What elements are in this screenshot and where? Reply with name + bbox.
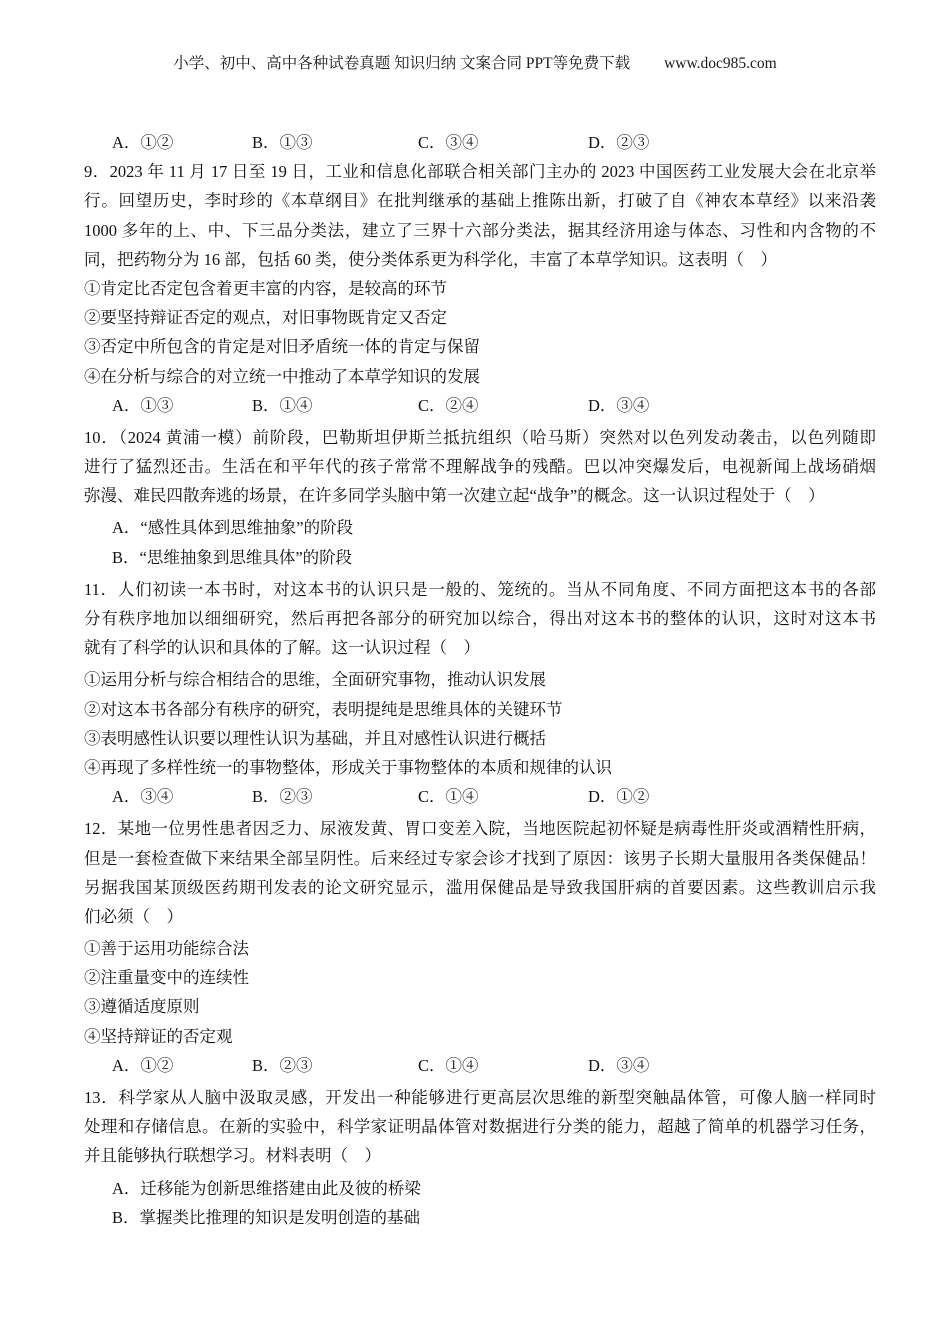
numbered-statement: ④再现了多样性统一的事物整体，形成关于事物整体的本质和规律的认识 <box>84 753 876 782</box>
question-text-line: 11．人们初读一本书时，对这本书的认识只是一般的、笼统的。当从不同角度、不同方面… <box>84 575 876 604</box>
question-text-line: 们必须（ ） <box>84 902 876 931</box>
answer-choices-row: A．③④B．②③C．①④D．①② <box>84 782 876 811</box>
question-text-line: 进行了猛烈还击。生活在和平年代的孩子常常不理解战争的残酷。巴以冲突爆发后，电视新… <box>84 452 876 481</box>
lettered-choice: A．“感性具体到思维抽象”的阶段 <box>84 513 876 542</box>
option-d: D．①② <box>588 782 649 811</box>
option-b: B．②③ <box>252 782 313 811</box>
question-text-line: 12．某地一位男性患者因乏力、尿液发黄、胃口变差入院，当地医院起初怀疑是病毒性肝… <box>84 814 876 843</box>
numbered-statement: ①善于运用功能综合法 <box>84 934 876 963</box>
question-text-line: 并且能够执行联想学习。材料表明（ ） <box>84 1141 876 1170</box>
question-text-line: 9．2023 年 11 月 17 日至 19 日，工业和信息化部联合相关部门主办… <box>84 157 876 186</box>
option-c: C．③④ <box>418 128 479 157</box>
option-c: C．①④ <box>418 782 479 811</box>
numbered-statement: ④在分析与综合的对立统一中推动了本草学知识的发展 <box>84 362 876 391</box>
numbered-statement: ①运用分析与综合相结合的思维，全面研究事物，推动认识发展 <box>84 665 876 694</box>
option-b: B．①④ <box>252 391 313 420</box>
option-c: C．②④ <box>418 391 479 420</box>
option-a: A．①② <box>112 128 173 157</box>
exam-page: { "header": { "tagline": "小学、初中、高中各种试卷真题… <box>0 0 950 1344</box>
question-text-line: 就有了科学的认识和具体的了解。这一认识过程（ ） <box>84 633 876 662</box>
numbered-statement: ③表明感性认识要以理性认识为基础，并且对感性认识进行概括 <box>84 724 876 753</box>
lettered-choice: B．掌握类比推理的知识是发明创造的基础 <box>84 1203 876 1232</box>
question-text-line: 分有秩序地加以细细研究，然后再把各部分的研究加以综合，得出对这本书的整体的认识，… <box>84 604 876 633</box>
question-text-line: 10．（2024 黄浦一模）前阶段，巴勒斯坦伊斯兰抵抗组织（哈马斯）突然对以色列… <box>84 423 876 452</box>
numbered-statement: ②对这本书各部分有秩序的研究，表明提纯是思维具体的关键环节 <box>84 695 876 724</box>
answer-choices-row: A．①②B．②③C．①④D．③④ <box>84 1051 876 1080</box>
question-text-line: 1000 多年的上、中、下三品分类法，建立了三界十六部分类法，据其经济用途与体态… <box>84 216 876 245</box>
option-c: C．①④ <box>418 1051 479 1080</box>
lettered-choice: A．迁移能为创新思维搭建由此及彼的桥梁 <box>84 1174 876 1203</box>
lettered-choice: B．“思维抽象到思维具体”的阶段 <box>84 543 876 572</box>
option-a: A．①③ <box>112 391 173 420</box>
option-d: D．②③ <box>588 128 649 157</box>
option-a: A．①② <box>112 1051 173 1080</box>
option-b: B．①③ <box>252 128 313 157</box>
answer-choices-row: A．①③B．①④C．②④D．③④ <box>84 391 876 420</box>
option-b: B．②③ <box>252 1051 313 1080</box>
option-a: A．③④ <box>112 782 173 811</box>
numbered-statement: ②要坚持辩证否定的观点，对旧事物既肯定又否定 <box>84 303 876 332</box>
header-tagline: 小学、初中、高中各种试卷真题 知识归纳 文案合同 PPT等免费下载 <box>173 55 630 72</box>
numbered-statement: ③遵循适度原则 <box>84 992 876 1021</box>
numbered-statement: ②注重量变中的连续性 <box>84 963 876 992</box>
question-text-line: 行。回望历史，李时珍的《本草纲目》在批判继承的基础上推陈出新，打破了自《神农本草… <box>84 186 876 215</box>
header-url: www.doc985.com <box>664 55 777 72</box>
page-header: 小学、初中、高中各种试卷真题 知识归纳 文案合同 PPT等免费下载www.doc… <box>0 54 950 74</box>
question-text-line: 另据我国某顶级医药期刊发表的论文研究显示，滥用保健品是导致我国肝病的首要因素。这… <box>84 873 876 902</box>
document-body: A．①②B．①③C．③④D．②③9．2023 年 11 月 17 日至 19 日… <box>84 128 876 1232</box>
question-text-line: 弥漫、难民四散奔逃的场景，在许多同学头脑中第一次建立起“战争”的概念。这一认识过… <box>84 481 876 510</box>
option-d: D．③④ <box>588 391 649 420</box>
question-text-line: 同，把药物分为 16 部，包括 60 类，使分类体系更为科学化，丰富了本草学知识… <box>84 245 876 274</box>
numbered-statement: ③否定中所包含的肯定是对旧矛盾统一体的肯定与保留 <box>84 332 876 361</box>
option-d: D．③④ <box>588 1051 649 1080</box>
question-text-line: 处理和存储信息。在新的实验中，科学家证明晶体管对数据进行分类的能力，超越了简单的… <box>84 1112 876 1141</box>
numbered-statement: ④坚持辩证的否定观 <box>84 1022 876 1051</box>
question-text-line: 13．科学家从人脑中汲取灵感，开发出一种能够进行更高层次思维的新型突触晶体管，可… <box>84 1083 876 1112</box>
answer-choices-row: A．①②B．①③C．③④D．②③ <box>84 128 876 157</box>
numbered-statement: ①肯定比否定包含着更丰富的内容，是较高的环节 <box>84 274 876 303</box>
question-text-line: 但是一套检查做下来结果全部呈阴性。后来经过专家会诊才找到了原因：该男子长期大量服… <box>84 844 876 873</box>
